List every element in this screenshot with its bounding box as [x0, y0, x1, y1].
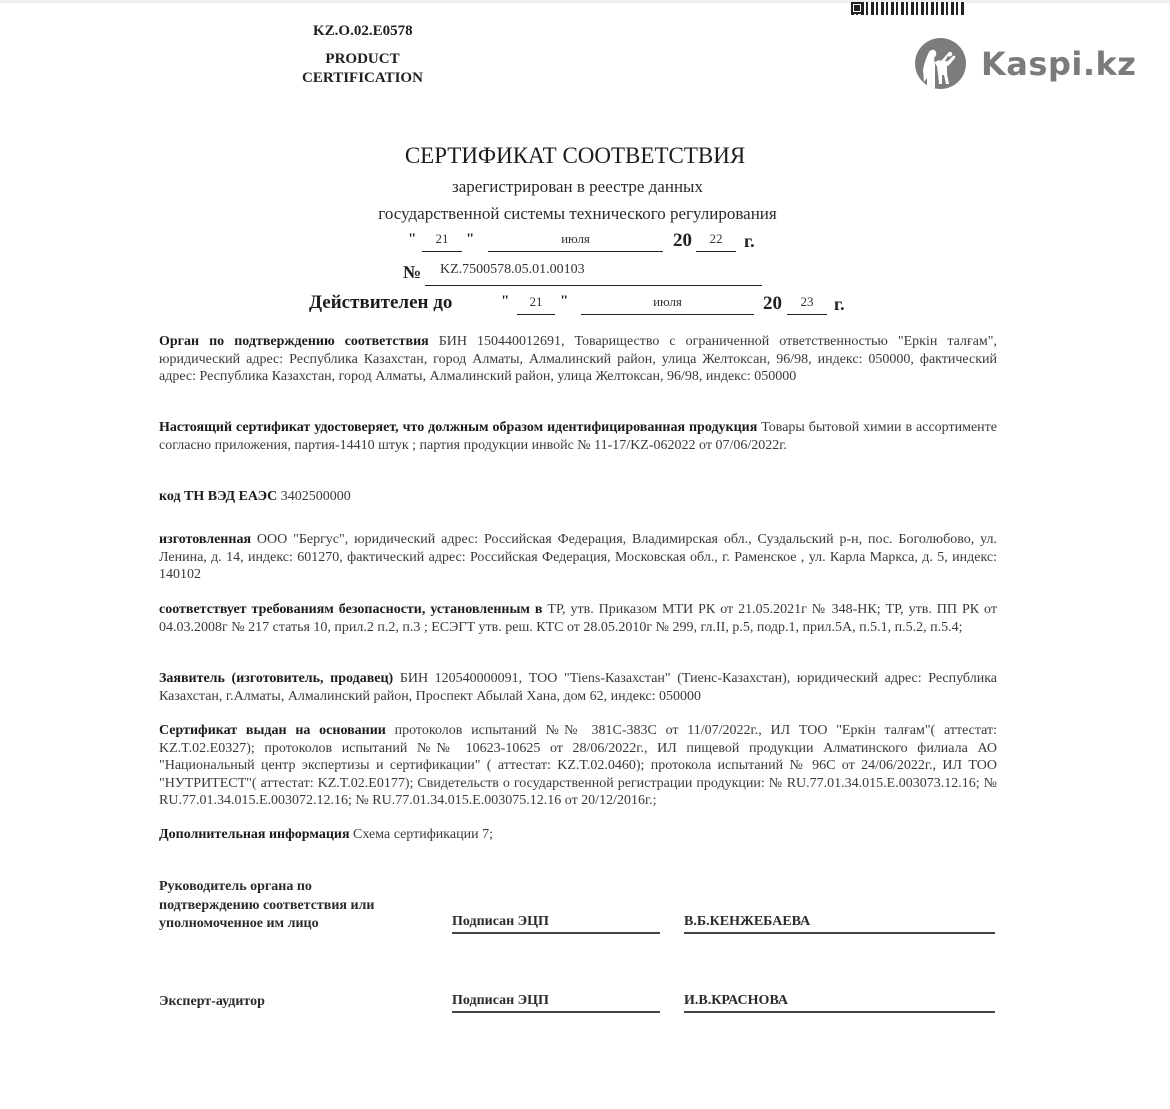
- section-label: Заявитель (изготовитель, продавец): [159, 671, 393, 686]
- section-label: изготовленная: [159, 532, 251, 547]
- section-compliance: соответствует требованиям безопасности, …: [159, 601, 997, 636]
- signatory-name-head: В.Б.КЕНЖЕБАЕВА: [684, 913, 995, 934]
- qr-code-fragment: [851, 2, 966, 15]
- section-label: Настоящий сертификат удостоверяет, что д…: [159, 420, 757, 435]
- cert-body-line2: CERTIFICATION: [300, 69, 425, 88]
- document-subtitle-line1: зарегистрирован в реестре данных: [0, 177, 1155, 197]
- reg-date-month: июля: [488, 229, 663, 252]
- section-certification-body: Орган по подтверждению соответствия БИН …: [159, 333, 997, 386]
- section-applicant: Заявитель (изготовитель, продавец) БИН 1…: [159, 670, 997, 705]
- reg-date-day: 21: [422, 229, 462, 252]
- valid-date-day: 21: [517, 292, 555, 315]
- section-label: Дополнительная информация: [159, 827, 350, 842]
- valid-date-century: 20: [763, 293, 782, 315]
- section-manufacturer: изготовленная ООО "Бергус", юридический …: [159, 531, 997, 584]
- section-hs-code: код ТН ВЭД ЕАЭС 3402500000: [159, 488, 997, 506]
- certification-body-code: KZ.O.02.E0578: [313, 23, 413, 40]
- section-text: ООО "Бергус", юридический адрес: Российс…: [159, 532, 997, 582]
- logo-text: Kaspi.kz: [981, 45, 1136, 83]
- valid-date-month: июля: [581, 292, 754, 315]
- family-silhouette-icon: [915, 38, 966, 89]
- role-line: подтверждению соответствия или: [159, 897, 374, 916]
- section-text: 3402500000: [277, 489, 351, 504]
- role-line: Руководитель органа по: [159, 878, 374, 897]
- top-border: [0, 0, 1170, 3]
- section-basis: Сертификат выдан на основании протоколов…: [159, 722, 997, 810]
- kaspi-logo: Kaspi.kz: [915, 38, 1136, 89]
- valid-date-suffix: г.: [834, 294, 845, 315]
- section-additional-info: Дополнительная информация Схема сертифик…: [159, 826, 997, 844]
- valid-date-year: 23: [787, 292, 827, 315]
- role-line: Эксперт-аудитор: [159, 993, 265, 1012]
- document-title: СЕРТИФИКАТ СООТВЕТСТВИЯ: [0, 143, 1150, 169]
- reg-date-suffix: г.: [744, 231, 755, 252]
- section-label: Орган по подтверждению соответствия: [159, 334, 429, 349]
- reg-date-century: 20: [673, 230, 692, 252]
- section-text: Схема сертификации 7;: [350, 827, 493, 842]
- section-label: соответствует требованиям безопасности, …: [159, 602, 542, 617]
- signatory-role-expert: Эксперт-аудитор: [159, 993, 265, 1012]
- section-product: Настоящий сертификат удостоверяет, что д…: [159, 419, 997, 454]
- section-label: Сертификат выдан на основании: [159, 723, 386, 738]
- certification-body-label: PRODUCT CERTIFICATION: [300, 50, 425, 88]
- signatory-role-head: Руководитель органа по подтверждению соо…: [159, 878, 374, 934]
- signature-status-head: Подписан ЭЦП: [452, 913, 660, 934]
- signature-status-expert: Подписан ЭЦП: [452, 992, 660, 1013]
- reg-date-quote-close: ": [466, 231, 474, 248]
- signatory-name-expert: И.В.КРАСНОВА: [684, 992, 995, 1013]
- valid-until-label: Действителен до: [309, 292, 452, 314]
- cert-number-label: №: [403, 262, 421, 283]
- role-line: уполномоченное им лицо: [159, 915, 374, 934]
- section-label: код ТН ВЭД ЕАЭС: [159, 489, 277, 504]
- valid-date-quote-close: ": [560, 293, 568, 310]
- document-subtitle-line2: государственной системы технического рег…: [0, 204, 1155, 224]
- cert-body-line1: PRODUCT: [300, 50, 425, 69]
- cert-number: KZ.7500578.05.01.00103: [425, 259, 762, 286]
- reg-date-quote-open: ": [408, 231, 416, 248]
- valid-date-quote-open: ": [501, 293, 509, 310]
- reg-date-year: 22: [696, 229, 736, 252]
